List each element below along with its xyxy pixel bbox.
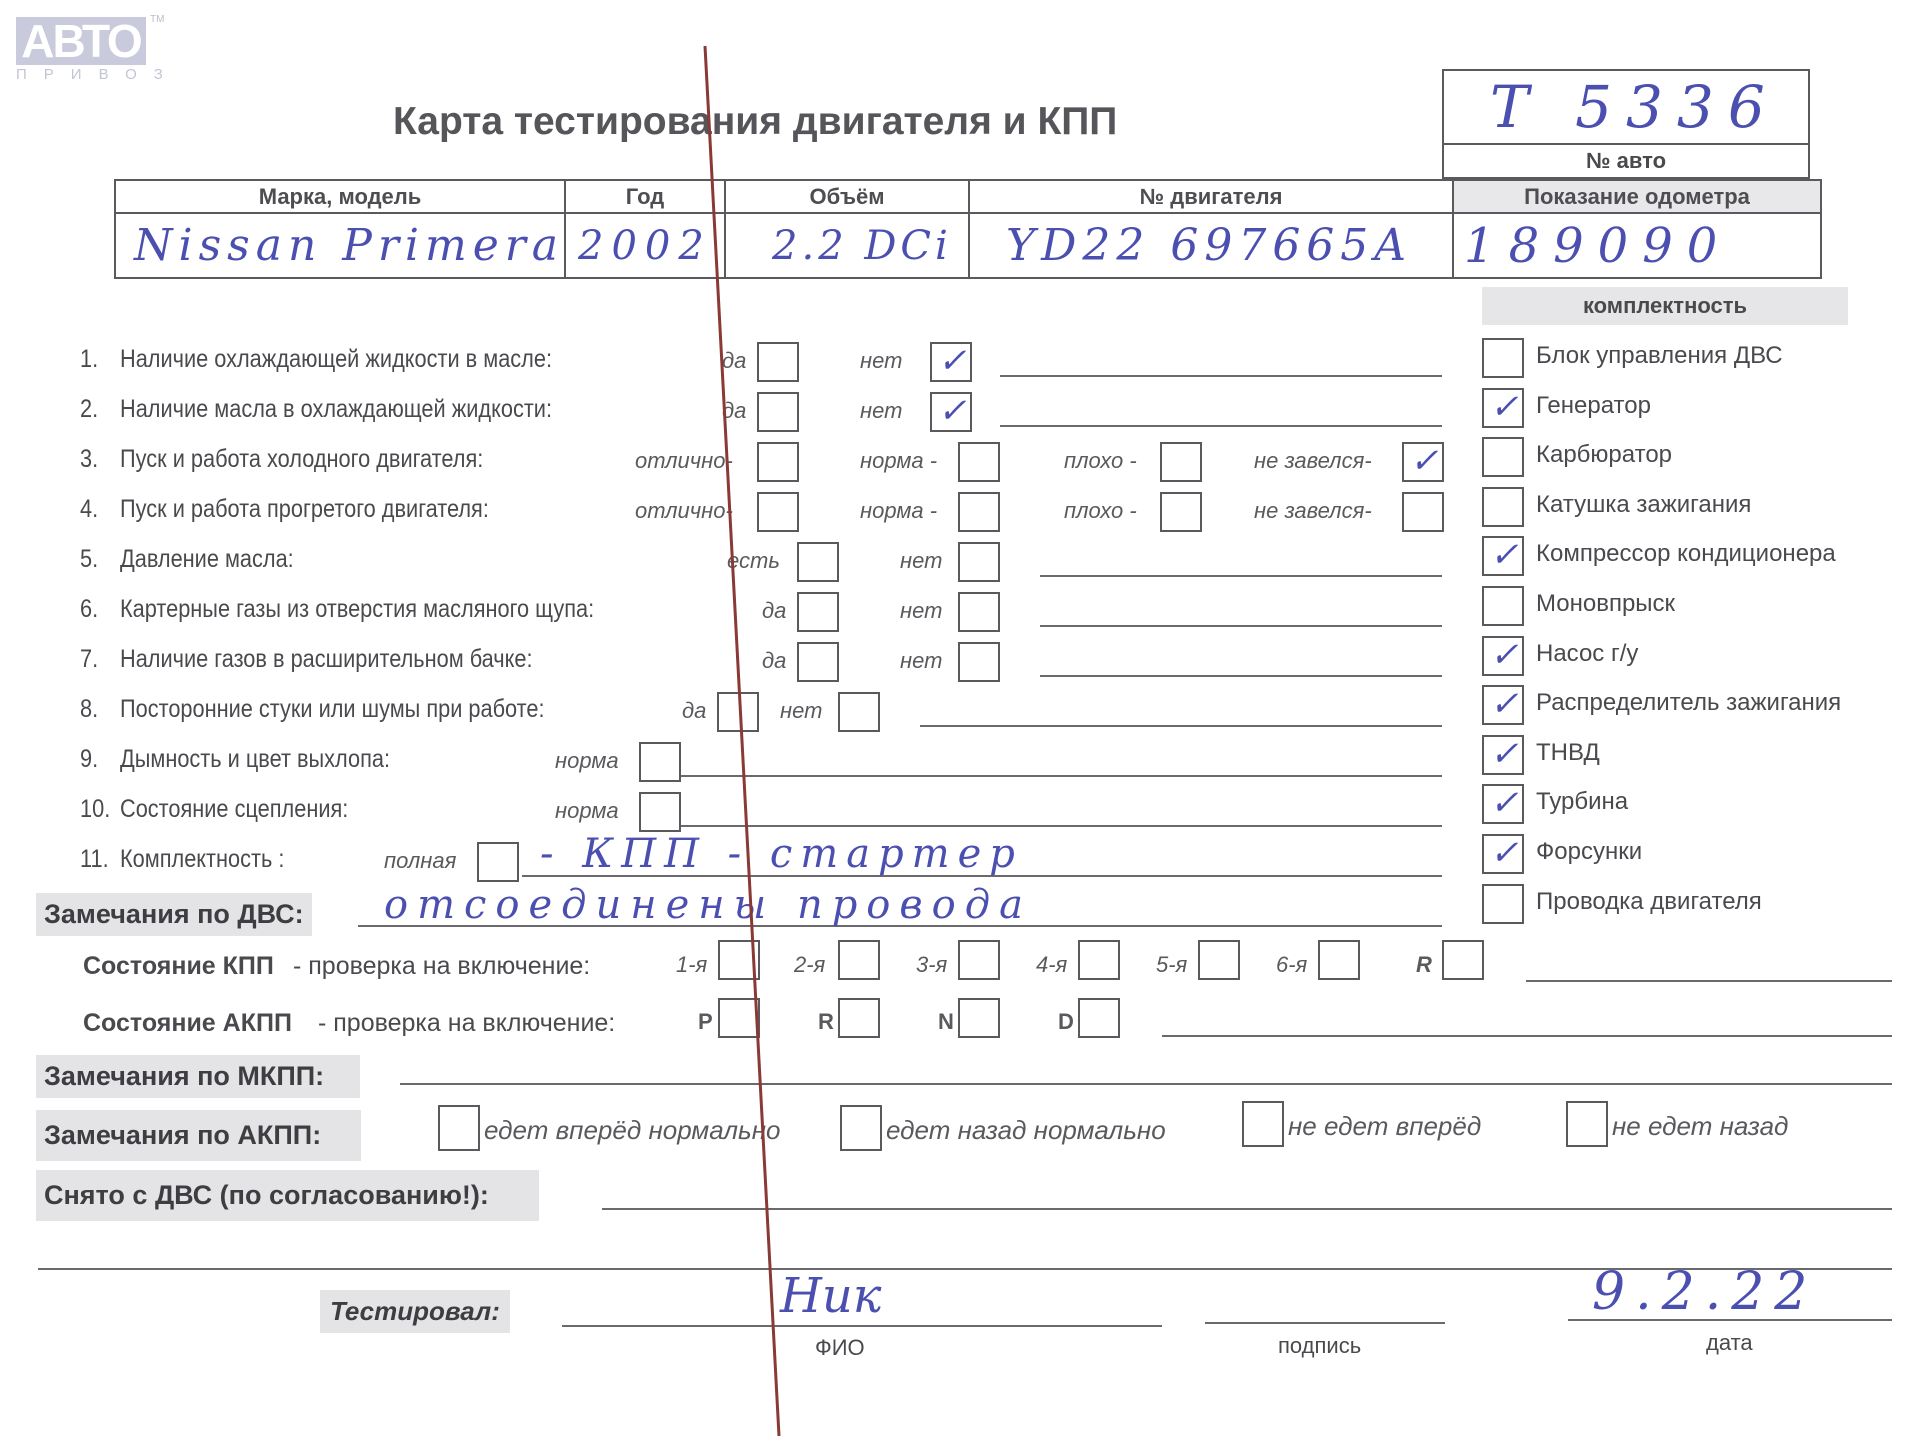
completeness-item-label: Форсунки [1536,838,1642,866]
checkmark-icon: ✓ [1484,737,1522,771]
auto-gear-checkbox[interactable] [838,998,880,1038]
checklist-item-number: 11. [80,845,109,874]
date-caption: дата [1706,1330,1753,1356]
manual-gearbox-sublabel: - проверка на включение: [293,952,590,981]
checklist-item-number: 6. [80,595,98,624]
car-number-field[interactable]: T 5336 [1442,69,1810,143]
manual-gear-label: 4-я [1036,952,1067,978]
manual-gear-label: 2-я [794,952,825,978]
car-number-label: № авто [1442,143,1810,179]
checklist-option-label: нет [900,648,942,674]
signature-field[interactable] [1205,1322,1445,1324]
checklist-option-checkbox[interactable]: ✓ [1402,442,1444,482]
checklist-option-label: не завелся- [1254,498,1372,524]
checkmark-icon: ✓ [1404,444,1442,478]
checklist-note-line[interactable] [1040,675,1442,677]
completeness-checkbox[interactable]: ✓ [1482,536,1524,576]
signature-caption: подпись [1278,1333,1361,1359]
completeness-item-label: Катушка зажигания [1536,491,1751,519]
completeness-checkbox[interactable] [1482,338,1524,378]
checklist-option-checkbox[interactable]: ✓ [930,392,972,432]
completeness-item-label: Моновпрыск [1536,590,1675,618]
checklist-note-line[interactable] [920,725,1442,727]
checkmark-icon: ✓ [932,344,970,378]
engine-remarks-field[interactable]: отсоединены провода [384,882,1032,928]
checklist-option-label: нет [860,398,902,424]
checklist-option-checkbox[interactable] [477,842,519,882]
akpp-remarks-label: Замечания по АКПП: [36,1110,361,1161]
checklist-option-label: нет [860,348,902,374]
checklist-item-label: Дымность и цвет выхлопа: [120,745,390,774]
checklist-item-number: 9. [80,745,98,774]
checklist-option-checkbox[interactable] [958,442,1000,482]
col-odometer: Показание одометра [1453,180,1821,213]
logo: АВТО [16,17,146,65]
auto-gear-checkbox[interactable] [958,998,1000,1038]
manual-gear-checkbox[interactable] [1442,940,1484,980]
page-title: Карта тестирования двигателя и КПП [393,100,1117,144]
year-value: 2002 [566,216,724,276]
checklist-item-label: Наличие газов в расширительном бачке: [120,645,533,674]
checklist-option-label: да [682,698,706,724]
checklist-option-checkbox[interactable] [639,792,681,832]
checklist-item-number: 1. [80,345,98,374]
completeness-checkbox[interactable] [1482,437,1524,477]
akpp-option-checkbox[interactable] [1242,1101,1284,1147]
checklist-item-number: 10. [80,795,110,824]
checklist-item-number: 3. [80,445,98,474]
completeness-item-label: Проводка двигателя [1536,888,1762,916]
volume-value: 2.2 DCi [726,216,968,276]
checkmark-icon: ✓ [932,394,970,428]
checklist-option-label: норма - [860,448,937,474]
checklist-option-label: норма [555,748,619,774]
checklist-note-line[interactable] [1000,425,1442,427]
date-value: 9.2.22 [1592,1262,1817,1322]
checklist-option-checkbox[interactable] [717,692,759,732]
manual-gear-label: 6-я [1276,952,1307,978]
checklist-note-line[interactable] [1040,575,1442,577]
manual-gear-checkbox[interactable] [1078,940,1120,980]
manual-gear-checkbox[interactable] [838,940,880,980]
completeness-checkbox[interactable]: ✓ [1482,784,1524,824]
checkmark-icon: ✓ [1484,786,1522,820]
removed-label: Снято с ДВС (по согласованию!): [36,1170,539,1221]
completeness-item-label: ТНВД [1536,739,1600,767]
checklist-option-checkbox[interactable]: ✓ [930,342,972,382]
mkpp-remarks-label: Замечания по МКПП: [36,1055,360,1098]
make-model-value: Nissan Primera [116,216,564,276]
auto-gearbox-sublabel: - проверка на включение: [318,1009,615,1038]
removed-field[interactable] [602,1208,1892,1210]
car-number-value: T 5336 [1444,71,1808,143]
completeness-header: комплектность [1482,287,1848,325]
checklist-option-checkbox[interactable] [757,442,799,482]
checklist-option-checkbox[interactable] [797,592,839,632]
col-year: Год [565,180,725,213]
checklist-option-label: норма [555,798,619,824]
year-field[interactable]: 2002 [565,213,725,278]
completeness-checkbox[interactable]: ✓ [1482,388,1524,428]
completeness-checkbox[interactable]: ✓ [1482,685,1524,725]
name-value: Ник [780,1268,881,1324]
checklist-note-line[interactable] [681,825,1442,827]
checklist-option-checkbox[interactable] [958,492,1000,532]
make-model-field[interactable]: Nissan Primera [115,213,565,278]
checklist-option-label: не завелся- [1254,448,1372,474]
engine-number-value: YD22 697665A [970,216,1452,276]
odometer-value: 189090 [1454,216,1820,276]
checklist-option-checkbox[interactable] [958,642,1000,682]
checklist-option-label: отлично- [635,448,733,474]
completeness-checkbox[interactable]: ✓ [1482,735,1524,775]
checklist-item-number: 5. [80,545,98,574]
checklist-option-label: отлично- [635,498,733,524]
checklist-option-label: да [762,598,786,624]
auto-gear-label: D [1058,1009,1074,1035]
checklist-option-checkbox[interactable] [757,342,799,382]
tested-by-label: Тестировал: [320,1290,510,1333]
checklist-option-checkbox[interactable] [757,492,799,532]
akpp-option-label: не едет вперёд [1288,1111,1481,1142]
checklist-option-label: полная [384,848,456,874]
auto-gear-label: R [818,1009,834,1035]
checklist-item-number: 8. [80,695,98,724]
checklist-option-label: плохо - [1064,498,1137,524]
completeness-item-label: Генератор [1536,392,1651,420]
checklist-option-label: нет [900,548,942,574]
checklist-option-checkbox[interactable] [1402,492,1444,532]
checklist-option-checkbox[interactable] [838,692,880,732]
vehicle-info-table: Марка, модель Год Объём № двигателя Пока… [114,179,1822,279]
col-volume: Объём [725,180,969,213]
logo-subtitle: ПРИВОЗ [16,66,150,83]
logo-trademark: TM [150,14,164,25]
checkmark-icon: ✓ [1484,538,1522,572]
completeness-checkbox[interactable] [1482,884,1524,924]
akpp-option-label: едет вперёд нормально [484,1115,780,1146]
checklist-option-label: нет [900,598,942,624]
odometer-field[interactable]: 189090 [1453,213,1821,278]
completeness-checkbox[interactable]: ✓ [1482,636,1524,676]
akpp-option-checkbox[interactable] [438,1105,480,1151]
checklist-option-label: есть [727,548,780,574]
checklist-option-checkbox[interactable] [1160,492,1202,532]
checklist-option-label: да [722,348,746,374]
checklist-item-label: Наличие масла в охлаждающей жидкости: [120,395,552,424]
volume-field[interactable]: 2.2 DCi [725,213,969,278]
auto-gear-checkbox[interactable] [718,998,760,1038]
checklist-option-label: да [762,648,786,674]
name-caption: ФИО [815,1335,865,1361]
completeness-item-label: Блок управления ДВС [1536,342,1783,370]
auto-gearbox-note-line[interactable] [1162,1035,1892,1037]
engine-remarks-label: Замечания по ДВС: [36,893,312,936]
manual-gear-label: 1-я [676,952,707,978]
checklist-note-line[interactable] [1000,375,1442,377]
checklist-item-label: Давление масла: [120,545,294,574]
checklist-item-label: Наличие охлаждающей жидкости в масле: [120,345,552,374]
col-make-model: Марка, модель [115,180,565,213]
checklist-item-label: Состояние сцепления: [120,795,348,824]
completeness-item-label: Насос г/у [1536,640,1638,668]
manual-gear-checkbox[interactable] [1318,940,1360,980]
checkmark-icon: ✓ [1484,836,1522,870]
checklist-item-number: 4. [80,495,98,524]
checklist-item-label: Посторонние стуки или шумы при работе: [120,695,545,724]
completeness-checkbox[interactable] [1482,586,1524,626]
col-engine-number: № двигателя [969,180,1453,213]
checklist-option-label: норма - [860,498,937,524]
checklist-option-checkbox[interactable] [797,542,839,582]
checkmark-icon: ✓ [1484,390,1522,424]
checklist-option-checkbox[interactable] [958,542,1000,582]
manual-gearbox-note-line[interactable] [1526,980,1892,982]
manual-gearbox-label: Состояние КПП [83,952,274,981]
auto-gearbox-label: Состояние АКПП [83,1009,292,1038]
completeness-checkbox[interactable] [1482,487,1524,527]
completeness-item-label: Турбина [1536,788,1628,816]
akpp-option-checkbox[interactable] [840,1105,882,1151]
checklist-item-number: 2. [80,395,98,424]
auto-gear-checkbox[interactable] [1078,998,1120,1038]
checklist-option-label: да [722,398,746,424]
manual-gear-checkbox[interactable] [1198,940,1240,980]
checklist-item-number: 7. [80,645,98,674]
manual-gear-label: 5-я [1156,952,1187,978]
checklist-item-label: Пуск и работа прогретого двигателя: [120,495,489,524]
checklist-option-checkbox[interactable] [639,742,681,782]
completeness-item-label: Распределитель зажигания [1536,689,1841,717]
checklist-option-label: плохо - [1064,448,1137,474]
checklist-option-checkbox[interactable] [958,592,1000,632]
auto-gear-label: N [938,1009,954,1035]
completeness-checkbox[interactable]: ✓ [1482,834,1524,874]
checklist-option-checkbox[interactable] [797,642,839,682]
engine-number-field[interactable]: YD22 697665A [969,213,1453,278]
completeness-item-label: Компрессор кондиционера [1536,540,1836,568]
auto-gear-label: P [698,1009,713,1035]
checklist-option-checkbox[interactable] [757,392,799,432]
mkpp-remarks-field[interactable] [400,1083,1892,1085]
checklist-note-line[interactable] [681,775,1442,777]
checklist-note-line[interactable] [1040,625,1442,627]
checklist-option-checkbox[interactable] [1160,442,1202,482]
checkmark-icon: ✓ [1484,638,1522,672]
akpp-option-label: не едет назад [1612,1111,1788,1142]
checklist-option-label: нет [780,698,822,724]
akpp-option-checkbox[interactable] [1566,1101,1608,1147]
manual-gear-label: R [1416,952,1432,978]
checklist-item-label: Комплектность : [120,845,284,874]
completeness-item-label: Карбюратор [1536,441,1672,469]
name-field[interactable] [562,1325,1162,1327]
checklist-note-value: - КПП - стартер [540,831,1023,877]
akpp-option-label: едет назад нормально [886,1115,1166,1146]
manual-gear-checkbox[interactable] [718,940,760,980]
checklist-item-label: Пуск и работа холодного двигателя: [120,445,483,474]
checkmark-icon: ✓ [1484,687,1522,721]
checklist-item-label: Картерные газы из отверстия масляного щу… [120,595,594,624]
manual-gear-checkbox[interactable] [958,940,1000,980]
manual-gear-label: 3-я [916,952,947,978]
